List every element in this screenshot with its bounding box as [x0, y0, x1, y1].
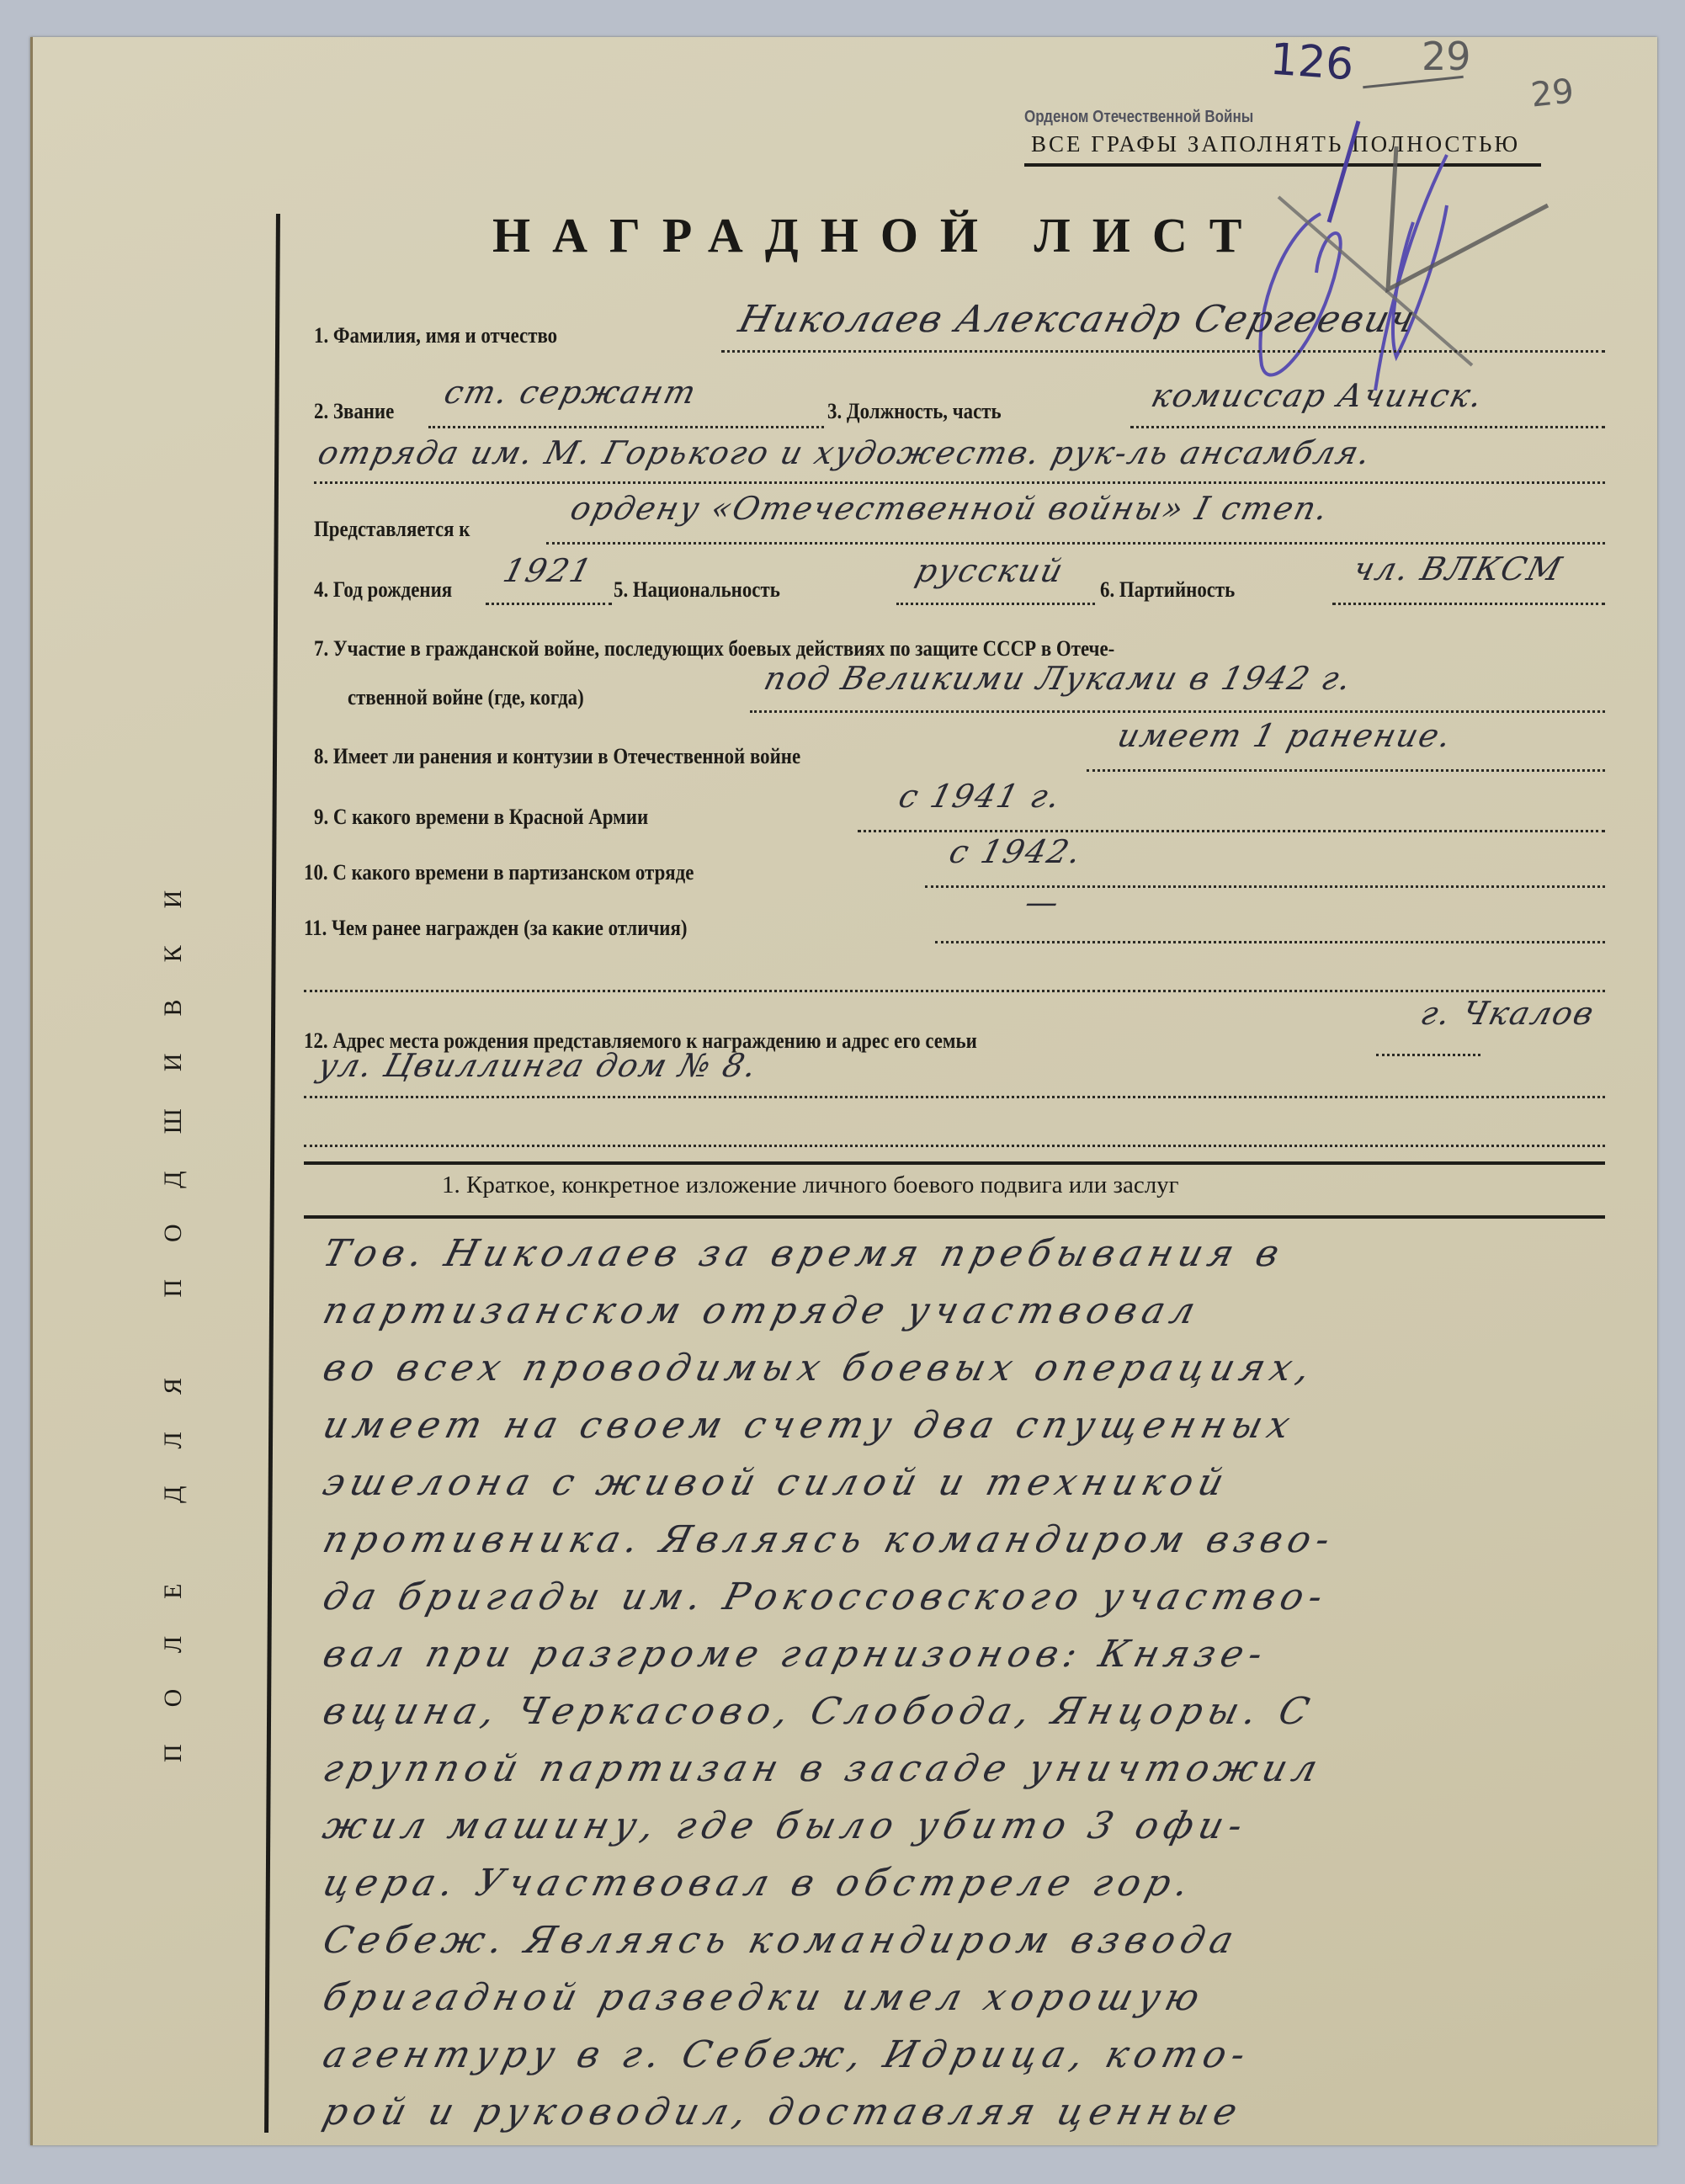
field-12-line-3	[304, 1145, 1605, 1147]
archive-fraction-bar	[1363, 76, 1464, 89]
field-7-label-line-2: ственной войне (где, когда)	[348, 685, 584, 710]
archive-page-number: 126	[1268, 35, 1355, 91]
section-divider	[304, 1161, 1605, 1165]
section-1-title: 1. Краткое, конкретное изложение личного…	[442, 1172, 1179, 1199]
binding-margin-line	[264, 214, 280, 2133]
field-7-line	[750, 710, 1605, 713]
field-9-label: 9. С какого времени в Красной Армии	[314, 805, 648, 830]
field-5-label: 5. Национальность	[614, 577, 780, 603]
field-7-value: под Великими Луками в 1942 г.	[761, 660, 1357, 697]
field-11-value: —	[1022, 884, 1065, 921]
field-12-line-2	[304, 1096, 1605, 1098]
narrative-line: бригадной разведки имел хорошую	[319, 1976, 1210, 2019]
field-8-label: 8. Имеет ли ранения и контузии в Отечест…	[314, 744, 800, 769]
field-5-line	[896, 603, 1095, 605]
narrative-line: да бригады им. Рокоссовского участво-	[319, 1576, 1333, 1618]
narrative-line: партизанском отряде участвовал	[319, 1289, 1205, 1332]
field-3-line	[1130, 426, 1605, 428]
field-6-value: чл. ВЛКСМ	[1350, 550, 1567, 587]
narrative-line: Себеж. Являясь командиром взвода	[319, 1919, 1244, 1962]
field-6-line	[1332, 603, 1605, 605]
field-3-value: комиссар Ачинск.	[1148, 377, 1488, 414]
narrative-line: жил машину, где было убито 3 офи-	[319, 1804, 1253, 1847]
narrative-line: противника. Являясь командиром взво-	[319, 1518, 1341, 1561]
award-sheet-page: 126 29 29 Орденом Отечественной Войны ВС…	[30, 37, 1657, 2145]
field-11-line	[935, 941, 1605, 943]
field-4-label: 4. Год рождения	[314, 577, 452, 603]
field-3-label: 3. Должность, часть	[827, 399, 1002, 424]
narrative-line: цера. Участвовал в обстреле гор.	[319, 1862, 1199, 1905]
field-4-line	[486, 603, 612, 605]
archive-fraction-top: 29	[1422, 34, 1471, 79]
field-10-label: 10. С какого времени в партизанском отря…	[304, 860, 694, 885]
field-6-label: 6. Партийность	[1100, 577, 1235, 603]
narrative-line: рой и руководил, доставляя ценные	[319, 2091, 1247, 2134]
nomination-line	[546, 542, 1605, 545]
narrative-line: группой партизан в засаде уничтожил	[319, 1747, 1328, 1790]
nomination-value: ордену «Отечественной войны» I степ.	[567, 490, 1334, 527]
field-8-value: имеет 1 ранение.	[1114, 717, 1457, 754]
field-2-value: ст. сержант	[441, 374, 701, 411]
field-1-line	[721, 350, 1605, 353]
narrative-line: агентуру в г. Себеж, Идрица, кото-	[319, 2033, 1256, 2076]
field-9-line	[858, 830, 1605, 832]
nomination-label: Представляется к	[314, 517, 470, 542]
narrative-line: во всех проводимых боевых операциях,	[319, 1347, 1321, 1390]
section-1-rule	[304, 1215, 1605, 1219]
field-8-line	[1087, 769, 1605, 772]
field-12-line	[1376, 1054, 1480, 1056]
field-4-value: 1921	[500, 552, 598, 589]
field-5-value: русский	[912, 552, 1069, 589]
field-3-value-line-2: отряда им. М. Горького и художеств. рук-…	[315, 434, 1376, 471]
field-11-line-2	[304, 990, 1605, 992]
field-12-value-line-2: ул. Цвиллинга дом № 8.	[315, 1047, 763, 1084]
narrative-line: эшелона с живой силой и техникой	[319, 1461, 1234, 1504]
binding-margin-label: ПОЛЕ ДЛЯ ПОДШИВКИ	[159, 853, 188, 1762]
field-1-value: Николаев Александр Сергеевич	[735, 298, 1421, 341]
field-1-label: 1. Фамилия, имя и отчество	[314, 323, 557, 348]
narrative-line: Тов. Николаев за время пребывания в	[319, 1232, 1289, 1275]
field-2-label: 2. Звание	[314, 399, 394, 424]
field-7-label-line-1: 7. Участие в гражданской войне, последую…	[314, 636, 1114, 662]
field-9-value: с 1941 г.	[896, 778, 1066, 815]
narrative-line: вал при разгроме гарнизонов: Князе-	[319, 1633, 1273, 1676]
narrative-line: вщина, Черкасово, Слобода, Янцоры. С	[319, 1690, 1320, 1733]
field-12-value: г. Чкалов	[1417, 995, 1599, 1032]
document-title: НАГРАДНОЙ ЛИСТ	[492, 207, 1263, 263]
field-2-line	[428, 426, 824, 428]
field-10-line	[925, 885, 1605, 888]
narrative-line: имеет на своем счету два спущенных	[319, 1404, 1300, 1447]
field-10-value: с 1942.	[946, 833, 1087, 870]
field-11-label: 11. Чем ранее награжден (за какие отличи…	[304, 916, 687, 941]
field-3-line-2	[314, 481, 1605, 484]
